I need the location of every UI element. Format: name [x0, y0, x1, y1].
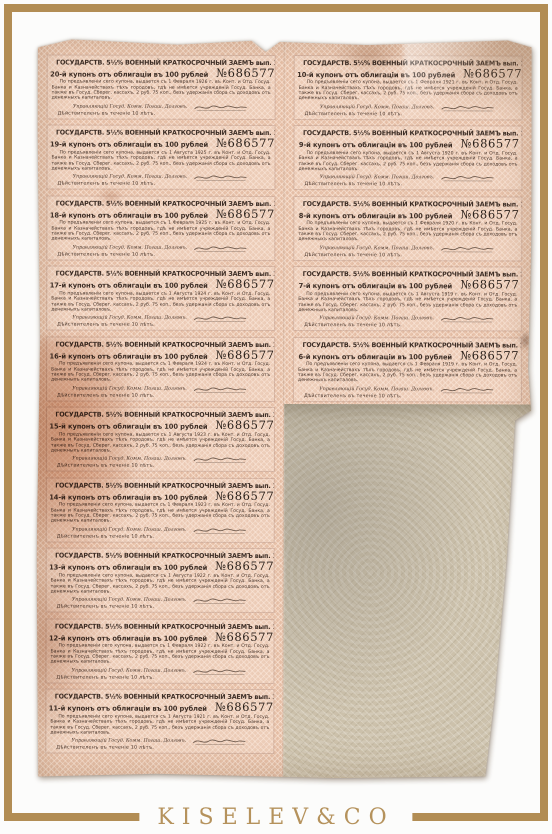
bond-back-blank-area	[283, 404, 531, 779]
coupon-number-and-denomination: 7-й купонъ отъ облигаціи въ 100 рублей	[298, 282, 452, 290]
coupon: ГОСУДАРСТВ. 5½% ВОЕННЫЙ КРАТКОСРОЧНЫЙ ЗА…	[37, 545, 284, 616]
coupon: ГОСУДАРСТВ. 5½% ВОЕННЫЙ КРАТКОСРОЧНЫЙ ЗА…	[284, 334, 531, 405]
coupon-body: ГОСУДАРСТВ. 5½% ВОЕННЫЙ КРАТКОСРОЧНЫЙ ЗА…	[47, 54, 276, 120]
validity-note: Дѣйствителенъ въ теченіе 10 лѣтъ.	[57, 182, 270, 187]
coupon-fine-print: По предъявленіи сего купона, выдается съ…	[50, 644, 269, 666]
coupon-title: ГОСУДАРСТВ. 5½% ВОЕННЫЙ КРАТКОСРОЧНЫЙ ЗА…	[55, 552, 265, 560]
manager-signature-row: Управляющій Госуд. Комм. Погаш. Долговъ.	[52, 102, 271, 111]
validity-note: Дѣйствителенъ въ теченіе 10 лѣтъ.	[58, 111, 271, 116]
coupon-number-and-denomination: 20-й купонъ отъ облигаціи въ 100 рублей	[50, 70, 208, 78]
coupon-title: ГОСУДАРСТВ. 5½% ВОЕННЫЙ КРАТКОСРОЧНЫЙ ЗА…	[56, 199, 266, 207]
coupon-serial-number: №686577	[215, 702, 274, 713]
coupon-title: ГОСУДАРСТВ. 5½% ВОЕННЫЙ КРАТКОСРОЧНЫЙ ЗА…	[303, 200, 513, 208]
coupon-body: ГОСУДАРСТВ. 5½% ВОЕННЫЙ КРАТКОСРОЧНЫЙ ЗА…	[45, 618, 274, 684]
signature-flourish	[438, 385, 496, 394]
manager-signature-row: Управляющій Госуд. Комм. Погаш. Долговъ.	[51, 525, 270, 534]
manager-title: Управляющій Госуд. Комм. Погаш. Долговъ.	[72, 739, 187, 744]
coupon-body: ГОСУДАРСТВ. 5½% ВОЕННЫЙ КРАТКОСРОЧНЫЙ ЗА…	[293, 125, 522, 191]
coupon-serial-number: №686577	[461, 139, 520, 150]
coupon-fine-print: По предъявленіи сего купона, выдается съ…	[298, 292, 517, 314]
coupon-denomination-line: 13-й купонъ отъ облигаціи въ 100 рублей …	[51, 561, 270, 572]
coupon-title: ГОСУДАРСТВ. 5½% ВОЕННЫЙ КРАТКОСРОЧНЫЙ ЗА…	[55, 411, 265, 419]
coupon-serial-number: №686577	[216, 350, 275, 361]
coupon-body: ГОСУДАРСТВ. 5½% ВОЕННЫЙ КРАТКОСРОЧНЫЙ ЗА…	[46, 125, 275, 191]
coupon-denomination-line: 18-й купонъ отъ облигаціи въ 100 рублей …	[51, 208, 270, 219]
coupon-denomination-line: 8-й купонъ отъ облигаціи въ 100 рублей №…	[298, 209, 517, 220]
coupon-body: ГОСУДАРСТВ. 5½% ВОЕННЫЙ КРАТКОСРОЧНЫЙ ЗА…	[293, 337, 522, 403]
coupon: ГОСУДАРСТВ. 5½% ВОЕННЫЙ КРАТКОСРОЧНЫЙ ЗА…	[37, 474, 284, 545]
coupon: ГОСУДАРСТВ. 5½% ВОЕННЫЙ КРАТКОСРОЧНЫЙ ЗА…	[36, 686, 283, 757]
coupon-list-right: ГОСУДАРСТВ. 5½% ВОЕННЫЙ КРАТКОСРОЧНЫЙ ЗА…	[284, 52, 532, 405]
coupon-body: ГОСУДАРСТВ. 5½% ВОЕННЫЙ КРАТКОСРОЧНЫЙ ЗА…	[46, 407, 275, 473]
coupon-title: ГОСУДАРСТВ. 5½% ВОЕННЫЙ КРАТКОСРОЧНЫЙ ЗА…	[56, 58, 266, 66]
validity-note: Дѣйствителенъ въ теченіе 10 лѣтъ.	[304, 182, 517, 187]
coupon-denomination-line: 12-й купонъ отъ облигаціи въ 100 рублей …	[51, 631, 270, 642]
signature-flourish	[438, 174, 496, 183]
validity-note: Дѣйствителенъ въ теченіе 10 лѣтъ.	[56, 746, 269, 751]
validity-note: Дѣйствителенъ въ теченіе 10 лѣтъ.	[304, 253, 517, 258]
coupon-serial-number: №686577	[460, 350, 519, 361]
coupon: ГОСУДАРСТВ. 5½% ВОЕННЫЙ КРАТКОСРОЧНЫЙ ЗА…	[285, 52, 532, 123]
coupon: ГОСУДАРСТВ. 5½% ВОЕННЫЙ КРАТКОСРОЧНЫЙ ЗА…	[284, 193, 531, 264]
coupon: ГОСУДАРСТВ. 5½% ВОЕННЫЙ КРАТКОСРОЧНЫЙ ЗА…	[284, 123, 531, 194]
coupon-serial-number: №686577	[216, 68, 275, 79]
coupon-title: ГОСУДАРСТВ. 5½% ВОЕННЫЙ КРАТКОСРОЧНЫЙ ЗА…	[303, 270, 513, 278]
coupon-number-and-denomination: 15-й купонъ отъ облигаціи въ 100 рублей	[49, 423, 207, 431]
validity-note: Дѣйствителенъ въ теченіе 10 лѣтъ.	[57, 393, 270, 398]
signature-flourish	[191, 103, 249, 112]
coupon-number-and-denomination: 14-й купонъ отъ облигаціи въ 100 рублей	[49, 493, 207, 501]
coupon-fine-print: По предъявленіи сего купона, выдается съ…	[51, 362, 270, 384]
manager-title: Управляющій Госуд. Комм. Погаш. Долговъ.	[319, 387, 434, 392]
coupon-number-and-denomination: 12-й купонъ отъ облигаціи въ 100 рублей	[48, 634, 206, 642]
coupon-serial-number: №686577	[215, 632, 274, 643]
signature-flourish	[191, 526, 249, 535]
manager-signature-row: Управляющій Госуд. Комм. Погаш. Долговъ.	[299, 103, 518, 112]
coupon: ГОСУДАРСТВ. 5½% ВОЕННЫЙ КРАТКОСРОЧНЫЙ ЗА…	[38, 51, 285, 122]
validity-note: Дѣйствителенъ въ теченіе 10 лѣтъ.	[304, 323, 517, 328]
coupon-fine-print: По предъявленіи сего купона, выдается съ…	[51, 221, 270, 243]
signature-flourish	[190, 737, 248, 746]
coupon-fine-print: По предъявленіи сего купона, выдается съ…	[298, 362, 517, 384]
signature-flourish	[438, 315, 496, 324]
coupon-denomination-line: 7-й купонъ отъ облигаціи въ 100 рублей №…	[298, 279, 517, 290]
coupon-column-right: ГОСУДАРСТВ. 5½% ВОЕННЫЙ КРАТКОСРОЧНЫЙ ЗА…	[283, 38, 532, 779]
coupon-number-and-denomination: 6-й купонъ отъ облигаціи въ 100 рублей	[298, 353, 452, 361]
manager-signature-row: Управляющій Госуд. Комм. Погаш. Долговъ.	[298, 244, 517, 253]
validity-note: Дѣйствителенъ въ теченіе 10 лѣтъ.	[57, 464, 270, 469]
coupon-fine-print: По предъявленіи сего купона, выдается съ…	[51, 573, 270, 595]
coupon: ГОСУДАРСТВ. 5½% ВОЕННЫЙ КРАТКОСРОЧНЫЙ ЗА…	[37, 122, 284, 193]
validity-note: Дѣйствителенъ въ теченіе 10 лѣтъ.	[305, 112, 518, 117]
coupon-denomination-line: 15-й купонъ отъ облигаціи въ 100 рублей …	[51, 420, 270, 431]
validity-note: Дѣйствителенъ въ теченіе 10 лѣтъ.	[57, 252, 270, 257]
coupon-fine-print: По предъявленіи сего купона, выдается съ…	[299, 80, 518, 102]
coupon-fine-print: По предъявленіи сего купона, выдается съ…	[298, 151, 517, 173]
coupon-title: ГОСУДАРСТВ. 5½% ВОЕННЫЙ КРАТКОСРОЧНЫЙ ЗА…	[55, 693, 265, 701]
manager-signature-row: Управляющій Госуд. Комм. Погаш. Долговъ.	[50, 666, 269, 675]
coupon-serial-number: №686577	[216, 209, 275, 220]
brand-watermark: KISELEV&CO	[139, 803, 412, 833]
coupon-body: ГОСУДАРСТВ. 5½% ВОЕННЫЙ КРАТКОСРОЧНЫЙ ЗА…	[46, 477, 275, 543]
coupon-denomination-line: 10-й купонъ отъ облигаціи въ 100 рублей …	[299, 68, 518, 79]
coupon-body: ГОСУДАРСТВ. 5½% ВОЕННЫЙ КРАТКОСРОЧНЫЙ ЗА…	[46, 195, 275, 261]
coupon: ГОСУДАРСТВ. 5½% ВОЕННЫЙ КРАТКОСРОЧНЫЙ ЗА…	[37, 404, 284, 475]
coupon-number-and-denomination: 19-й купонъ отъ облигаціи въ 100 рублей	[50, 141, 208, 149]
coupon-serial-number: №686577	[216, 138, 275, 149]
coupon-body: ГОСУДАРСТВ. 5½% ВОЕННЫЙ КРАТКОСРОЧНЫЙ ЗА…	[293, 196, 522, 262]
manager-title: Управляющій Госуд. Комм. Погаш. Долговъ.	[319, 316, 434, 321]
coupon-denomination-line: 14-й купонъ отъ облигаціи въ 100 рублей …	[51, 490, 270, 501]
coupon-denomination-line: 6-й купонъ отъ облигаціи въ 100 рублей №…	[298, 350, 517, 361]
manager-signature-row: Управляющій Госуд. Комм. Погаш. Долговъ.	[298, 385, 517, 394]
manager-title: Управляющій Госуд. Комм. Погаш. Долговъ.	[73, 175, 188, 180]
coupon-title: ГОСУДАРСТВ. 5½% ВОЕННЫЙ КРАТКОСРОЧНЫЙ ЗА…	[303, 59, 513, 67]
manager-signature-row: Управляющій Госуд. Комм. Погаш. Долговъ.	[51, 384, 270, 393]
signature-flourish	[438, 103, 496, 112]
coupon-number-and-denomination: 8-й купонъ отъ облигаціи въ 100 рублей	[299, 212, 453, 220]
validity-note: Дѣйствителенъ въ теченіе 10 лѣтъ.	[57, 534, 270, 539]
coupon-title: ГОСУДАРСТВ. 5½% ВОЕННЫЙ КРАТКОСРОЧНЫЙ ЗА…	[56, 270, 266, 278]
coupon: ГОСУДАРСТВ. 5½% ВОЕННЫЙ КРАТКОСРОЧНЫЙ ЗА…	[284, 264, 531, 335]
coupon-serial-number: №686577	[216, 279, 275, 290]
signature-flourish	[190, 667, 248, 676]
signature-flourish	[191, 244, 249, 253]
coupon-title: ГОСУДАРСТВ. 5½% ВОЕННЫЙ КРАТКОСРОЧНЫЙ ЗА…	[55, 481, 265, 489]
coupon-denomination-line: 17-й купонъ отъ облигаціи въ 100 рублей …	[51, 279, 270, 290]
coupon-number-and-denomination: 10-й купонъ отъ облигаціи въ 100 рублей	[297, 71, 455, 79]
coupon-body: ГОСУДАРСТВ. 5½% ВОЕННЫЙ КРАТКОСРОЧНЫЙ ЗА…	[46, 548, 275, 614]
coupon-title: ГОСУДАРСТВ. 5½% ВОЕННЫЙ КРАТКОСРОЧНЫЙ ЗА…	[55, 622, 265, 630]
coupon-fine-print: По предъявленіи сего купона, выдается съ…	[50, 714, 269, 736]
coupon-denomination-line: 11-й купонъ отъ облигаціи въ 100 рублей …	[50, 702, 269, 713]
coupon-number-and-denomination: 11-й купонъ отъ облигаціи въ 100 рублей	[48, 705, 206, 713]
coupon-serial-number: №686577	[461, 209, 520, 220]
auction-photo-card: ГОСУДАРСТВ. 5½% ВОЕННЫЙ КРАТКОСРОЧНЫЙ ЗА…	[0, 0, 552, 834]
validity-note: Дѣйствителенъ въ теченіе 10 лѣтъ.	[304, 394, 517, 399]
coupon-body: ГОСУДАРСТВ. 5½% ВОЕННЫЙ КРАТКОСРОЧНЫЙ ЗА…	[293, 266, 522, 332]
coupon-serial-number: №686577	[215, 420, 274, 431]
bond-coupon-sheet-photo: ГОСУДАРСТВ. 5½% ВОЕННЫЙ КРАТКОСРОЧНЫЙ ЗА…	[37, 38, 531, 778]
manager-title: Управляющій Госуд. Комм. Погаш. Долговъ.	[72, 598, 187, 603]
manager-title: Управляющій Госуд. Комм. Погаш. Долговъ.	[320, 105, 435, 110]
coupon-fine-print: По предъявленіи сего купона, выдается съ…	[51, 291, 270, 313]
coupon-column-left: ГОСУДАРСТВ. 5½% ВОЕННЫЙ КРАТКОСРОЧНЫЙ ЗА…	[36, 37, 285, 778]
coupon-title: ГОСУДАРСТВ. 5½% ВОЕННЫЙ КРАТКОСРОЧНЫЙ ЗА…	[303, 129, 513, 137]
coupon-denomination-line: 16-й купонъ отъ облигаціи въ 100 рублей …	[51, 349, 270, 360]
coupon-number-and-denomination: 9-й купонъ отъ облигаціи въ 100 рублей	[299, 141, 453, 149]
manager-title: Управляющій Госуд. Комм. Погаш. Долговъ.	[72, 668, 187, 673]
coupon-body: ГОСУДАРСТВ. 5½% ВОЕННЫЙ КРАТКОСРОЧНЫЙ ЗА…	[45, 689, 274, 755]
bond-coupon-sheet: ГОСУДАРСТВ. 5½% ВОЕННЫЙ КРАТКОСРОЧНЫЙ ЗА…	[36, 37, 532, 778]
coupon-denomination-line: 9-й купонъ отъ облигаціи въ 100 рублей №…	[299, 138, 518, 149]
coupon-fine-print: По предъявленіи сего купона, выдается съ…	[52, 80, 271, 102]
coupon-serial-number: №686577	[215, 491, 274, 502]
manager-title: Управляющій Госуд. Комм. Погаш. Долговъ.	[320, 246, 435, 251]
coupon-body: ГОСУДАРСТВ. 5½% ВОЕННЫЙ КРАТКОСРОЧНЫЙ ЗА…	[46, 266, 275, 332]
coupon: ГОСУДАРСТВ. 5½% ВОЕННЫЙ КРАТКОСРОЧНЫЙ ЗА…	[37, 263, 284, 334]
manager-title: Управляющій Госуд. Комм. Погаш. Долговъ.	[320, 175, 435, 180]
signature-flourish	[191, 173, 249, 182]
manager-signature-row: Управляющій Госуд. Комм. Погаш. Долговъ.	[51, 243, 270, 252]
validity-note: Дѣйствителенъ въ теченіе 10 лѣтъ.	[57, 323, 270, 328]
coupon-number-and-denomination: 16-й купонъ отъ облигаціи въ 100 рублей	[49, 352, 207, 360]
coupon-fine-print: По предъявленіи сего купона, выдается съ…	[298, 221, 517, 243]
manager-title: Управляющій Госуд. Комм. Погаш. Долговъ.	[72, 386, 187, 391]
signature-flourish	[438, 244, 496, 253]
signature-flourish	[191, 385, 249, 394]
coupon-title: ГОСУДАРСТВ. 5½% ВОЕННЫЙ КРАТКОСРОЧНЫЙ ЗА…	[56, 340, 266, 348]
coupon-body: ГОСУДАРСТВ. 5½% ВОЕННЫЙ КРАТКОСРОЧНЫЙ ЗА…	[46, 336, 275, 402]
coupon-serial-number: №686577	[215, 561, 274, 572]
coupon-number-and-denomination: 18-й купонъ отъ облигаціи въ 100 рублей	[49, 211, 207, 219]
manager-title: Управляющій Госуд. Комм. Погаш. Долговъ.	[72, 316, 187, 321]
coupon-title: ГОСУДАРСТВ. 5½% ВОЕННЫЙ КРАТКОСРОЧНЫЙ ЗА…	[303, 341, 513, 349]
coupon-fine-print: По предъявленіи сего купона, выдается съ…	[51, 432, 270, 454]
validity-note: Дѣйствителенъ въ теченіе 10 лѣтъ.	[56, 675, 269, 680]
coupon-fine-print: По предъявленіи сего купона, выдается съ…	[51, 150, 270, 172]
coupon: ГОСУДАРСТВ. 5½% ВОЕННЫЙ КРАТКОСРОЧНЫЙ ЗА…	[36, 615, 283, 686]
coupon-title: ГОСУДАРСТВ. 5½% ВОЕННЫЙ КРАТКОСРОЧНЫЙ ЗА…	[56, 129, 266, 137]
coupon: ГОСУДАРСТВ. 5½% ВОЕННЫЙ КРАТКОСРОЧНЫЙ ЗА…	[37, 192, 284, 263]
manager-title: Управляющій Госуд. Комм. Погаш. Долговъ.	[73, 104, 188, 109]
coupon-body: ГОСУДАРСТВ. 5½% ВОЕННЫЙ КРАТКОСРОЧНЫЙ ЗА…	[294, 55, 523, 121]
signature-flourish	[191, 314, 249, 323]
coupon: ГОСУДАРСТВ. 5½% ВОЕННЫЙ КРАТКОСРОЧНЫЙ ЗА…	[37, 333, 284, 404]
brand-name: KISELEV&CO	[157, 805, 394, 830]
coupon-number-and-denomination: 17-й купонъ отъ облигаціи въ 100 рублей	[49, 282, 207, 290]
coupon-denomination-line: 20-й купонъ отъ облигаціи въ 100 рублей …	[52, 67, 271, 78]
coupon-fine-print: По предъявленіи сего купона, выдается съ…	[51, 503, 270, 525]
signature-flourish	[190, 596, 248, 605]
manager-title: Управляющій Госуд. Комм. Погаш. Долговъ.	[72, 457, 187, 462]
manager-title: Управляющій Госуд. Комм. Погаш. Долговъ.	[73, 245, 188, 250]
manager-title: Управляющій Госуд. Комм. Погаш. Долговъ.	[72, 527, 187, 532]
coupon-number-and-denomination: 13-й купонъ отъ облигаціи въ 100 рублей	[49, 564, 207, 572]
coupon-serial-number: №686577	[463, 68, 522, 79]
coupon-serial-number: №686577	[460, 280, 519, 291]
validity-note: Дѣйствителенъ въ теченіе 10 лѣтъ.	[57, 605, 270, 610]
coupon-denomination-line: 19-й купонъ отъ облигаціи въ 100 рублей …	[52, 138, 271, 149]
signature-flourish	[191, 455, 249, 464]
